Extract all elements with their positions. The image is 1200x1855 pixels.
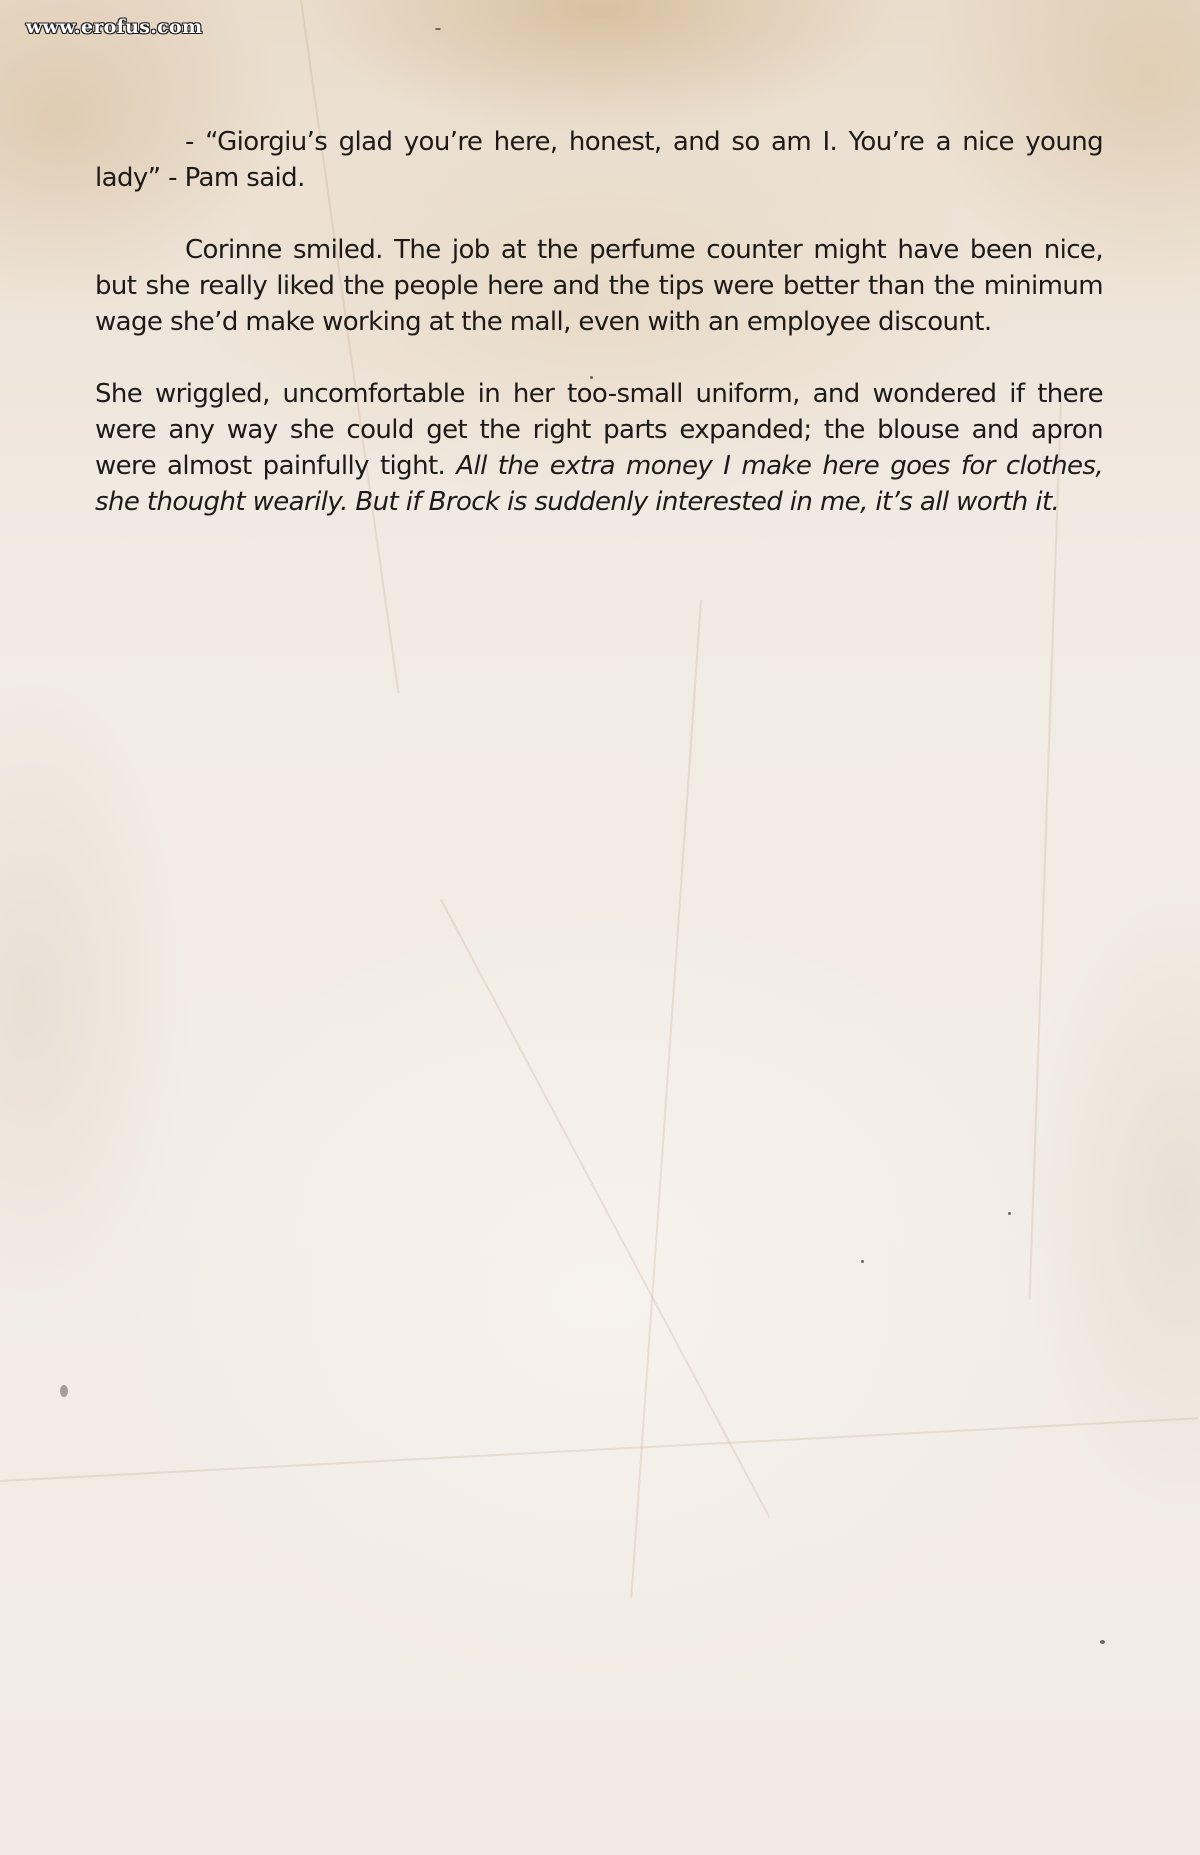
story-paragraph: - “Giorgiu’s glad you’re here, honest, a… bbox=[95, 124, 1103, 196]
paper-crease bbox=[440, 899, 770, 1518]
paper-speck bbox=[1008, 1212, 1011, 1215]
paragraph-text: Corinne smiled. The job at the perfume c… bbox=[95, 235, 1103, 337]
paper-speck bbox=[1100, 1640, 1105, 1644]
site-watermark-link[interactable]: www.erofus.com bbox=[26, 16, 202, 38]
paper-crease bbox=[0, 1417, 1198, 1482]
paper-speck bbox=[435, 28, 441, 30]
story-paragraph: Corinne smiled. The job at the perfume c… bbox=[95, 232, 1103, 340]
story-text: - “Giorgiu’s glad you’re here, honest, a… bbox=[95, 124, 1103, 556]
paper-speck bbox=[861, 1260, 864, 1263]
paragraph-text: - “Giorgiu’s glad you’re here, honest, a… bbox=[95, 127, 1103, 193]
paper-speck bbox=[60, 1385, 68, 1397]
story-paragraph: She wriggled, uncomfortable in her too-s… bbox=[95, 376, 1103, 520]
